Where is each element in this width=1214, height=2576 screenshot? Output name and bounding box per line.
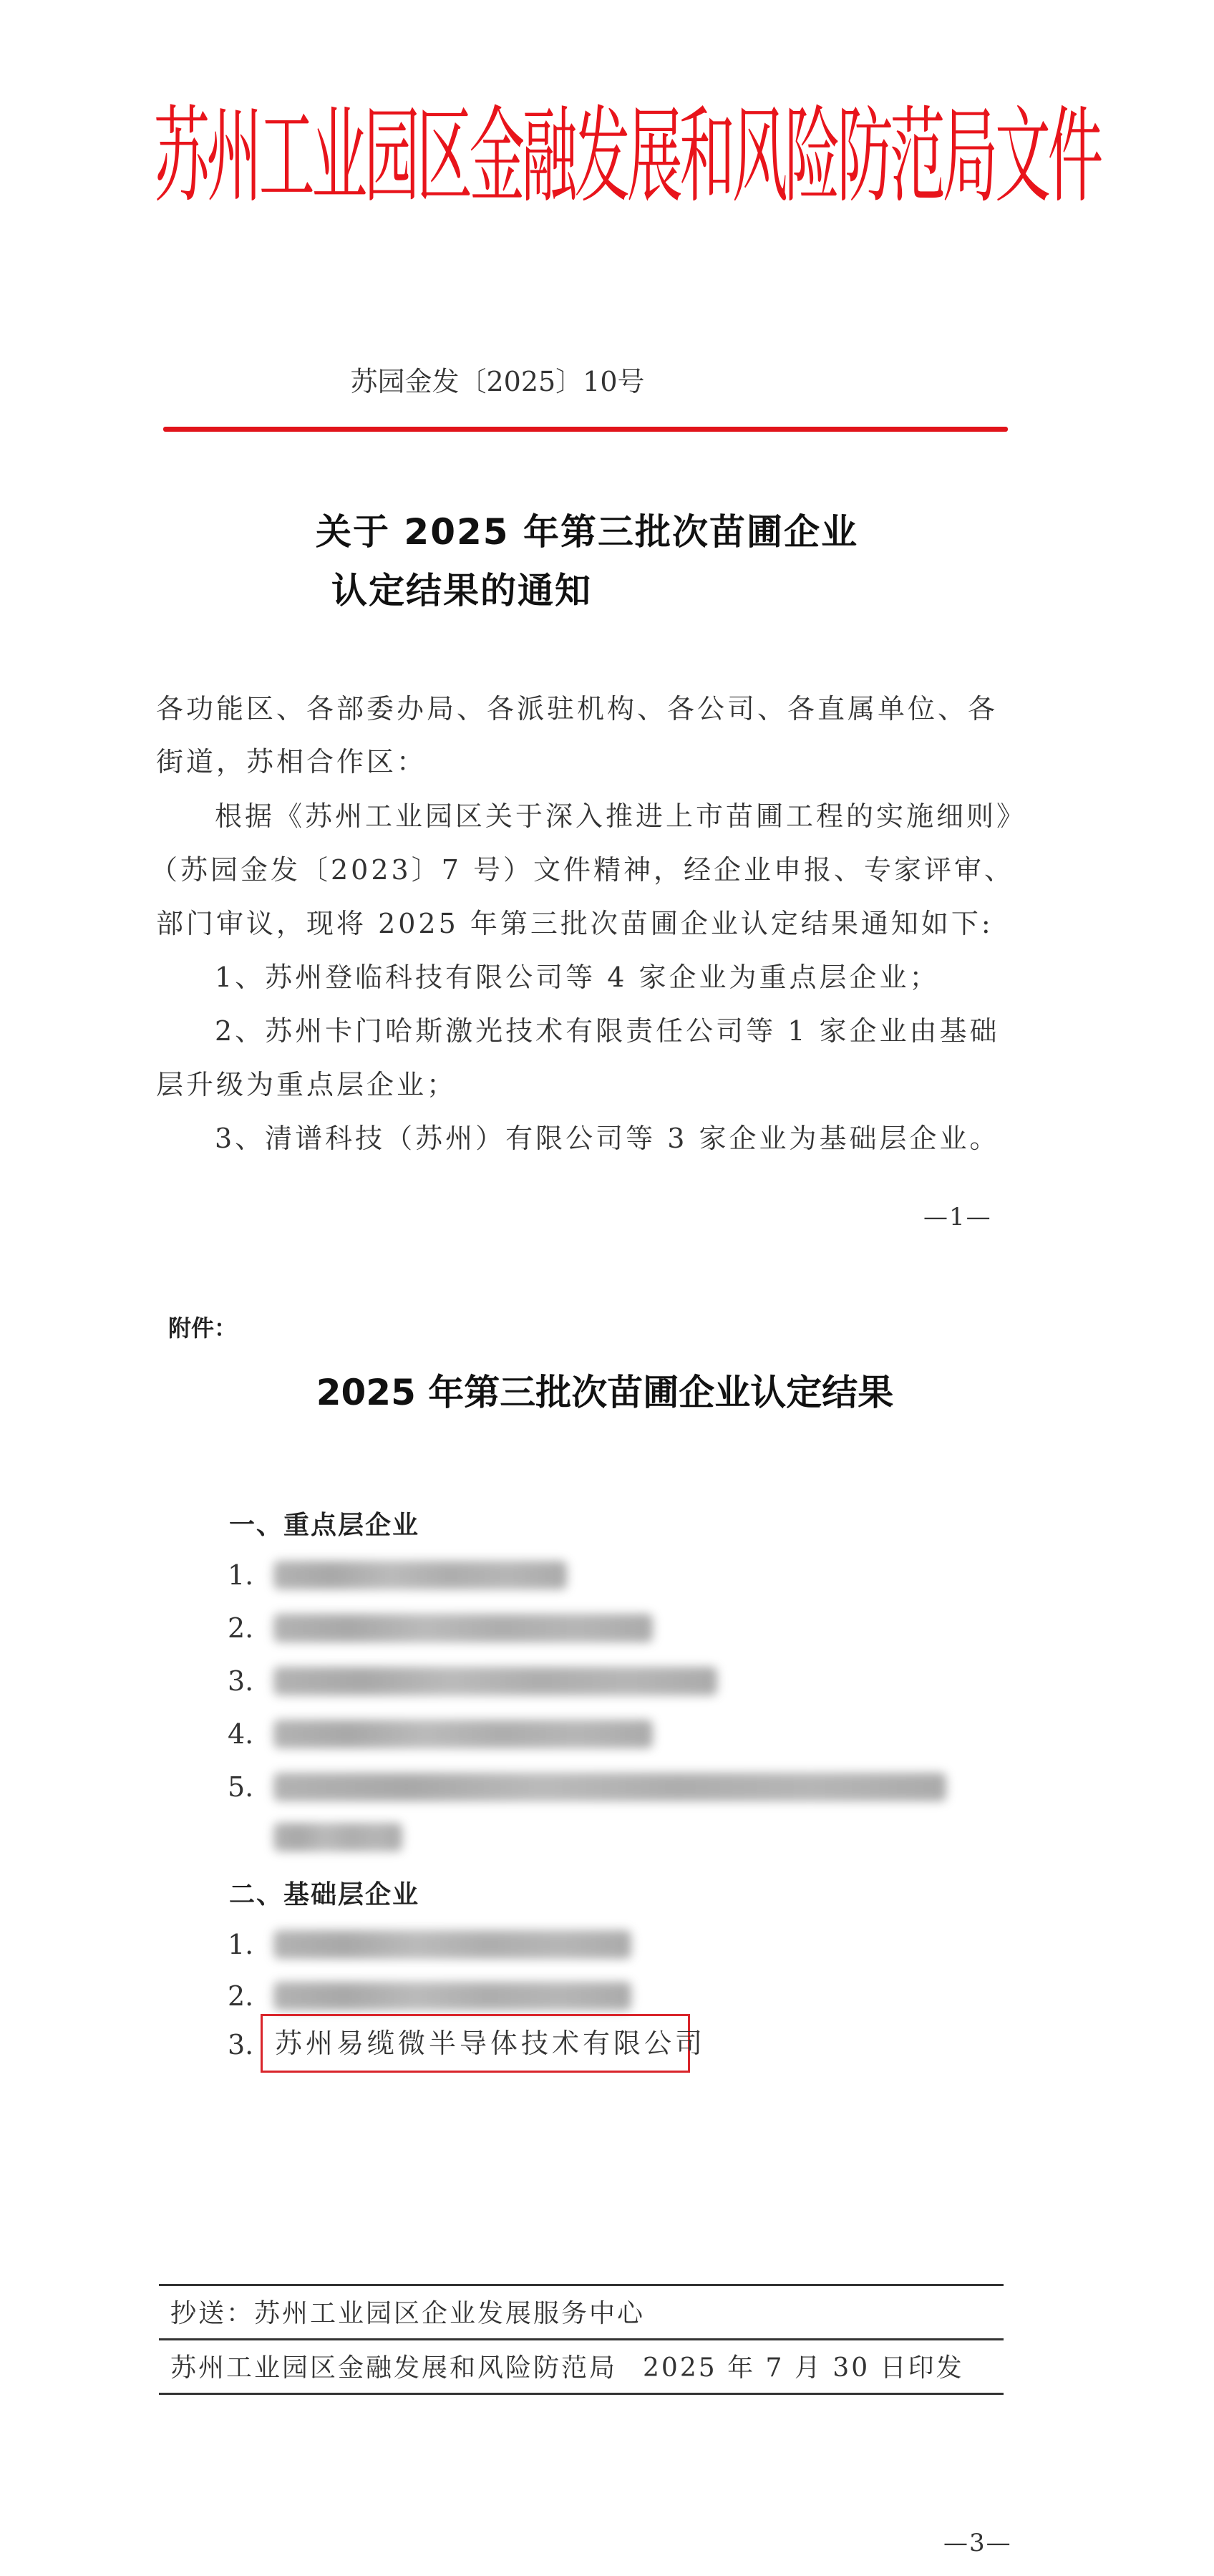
list-number: 3. (228, 2025, 253, 2065)
document-number: 苏园金发〔2025〕10号 (0, 362, 995, 402)
document-header-title: 苏州工业园区金融发展和风险防范局文件 (154, 100, 782, 215)
notice-item-3: 3、清谱科技（苏州）有限公司等 3 家企业为基础层企业。 (215, 1118, 1000, 1158)
body-line-2: （苏园金发〔2023〕7 号）文件精神，经企业申报、专家评审、 (150, 850, 1014, 890)
notice-title-line1: 关于 2025 年第三批次苗圃企业 (0, 507, 1174, 557)
red-divider-rule (163, 427, 1008, 432)
list-number: 2. (228, 1976, 253, 2016)
notice-item-1: 1、苏州登临科技有限公司等 4 家企业为重点层企业； (215, 957, 940, 997)
footer-rule-bottom (159, 2393, 1004, 2395)
body-line-3: 部门审议，现将 2025 年第三批次苗圃企业认定结果通知如下: (156, 904, 994, 944)
issuer-name: 苏州工业园区金融发展和风险防范局 (170, 2353, 617, 2383)
notice-title-line2: 认定结果的通知 (0, 566, 923, 616)
blurred-company-name (273, 1561, 567, 1589)
blurred-company-name (273, 1667, 717, 1695)
notice-item-2-line2: 层升级为重点层企业； (156, 1065, 457, 1105)
list-number: 5. (228, 1767, 253, 1807)
blurred-company-name (273, 1930, 631, 1959)
notice-item-2-line1: 2、苏州卡门哈斯激光技术有限责任公司等 1 家企业由基础 (215, 1011, 1000, 1051)
blurred-company-name-cont (273, 1823, 402, 1851)
addressee-line1: 各功能区、各部委办局、各派驻机构、各公司、各直属单位、各 (156, 689, 998, 729)
addressee-line2: 街道，苏相合作区： (156, 742, 427, 782)
list-number: 1. (228, 1924, 253, 1965)
page-number-3: —3— (943, 2529, 1012, 2557)
section-heading-key-tier: 一、重点层企业 (229, 1508, 419, 1544)
blurred-company-name (273, 1614, 653, 1642)
page-number-1: —1— (923, 1203, 992, 1231)
list-number: 1. (228, 1555, 253, 1595)
highlighted-company-name: 苏州易缆微半导体技术有限公司 (275, 2026, 706, 2061)
issue-date: 2025 年 7 月 30 日印发 (643, 2353, 964, 2383)
blurred-company-name (273, 1773, 946, 1801)
blurred-company-name (273, 1720, 653, 1748)
attachment-title: 2025 年第三批次苗圃企业认定结果 (0, 1367, 1210, 1418)
list-number: 4. (228, 1714, 253, 1754)
blurred-company-name (273, 1982, 631, 2010)
list-number: 3. (228, 1661, 253, 1701)
body-line-1: 根据《苏州工业园区关于深入推进上市苗圃工程的实施细则》 (215, 796, 1026, 836)
issuer-line: 苏州工业园区金融发展和风险防范局2025 年 7 月 30 日印发 (170, 2350, 964, 2387)
list-number: 2. (228, 1608, 253, 1648)
section-heading-basic-tier: 二、基础层企业 (229, 1877, 419, 1913)
attachment-label: 附件： (168, 1312, 237, 1345)
footer-rule-top (159, 2284, 1004, 2286)
cc-line: 抄送：苏州工业园区企业发展服务中心 (170, 2295, 645, 2333)
footer-rule-middle (159, 2338, 1004, 2340)
header-title-text: 苏州工业园区金融发展和风险防范局文件 (154, 80, 1100, 235)
